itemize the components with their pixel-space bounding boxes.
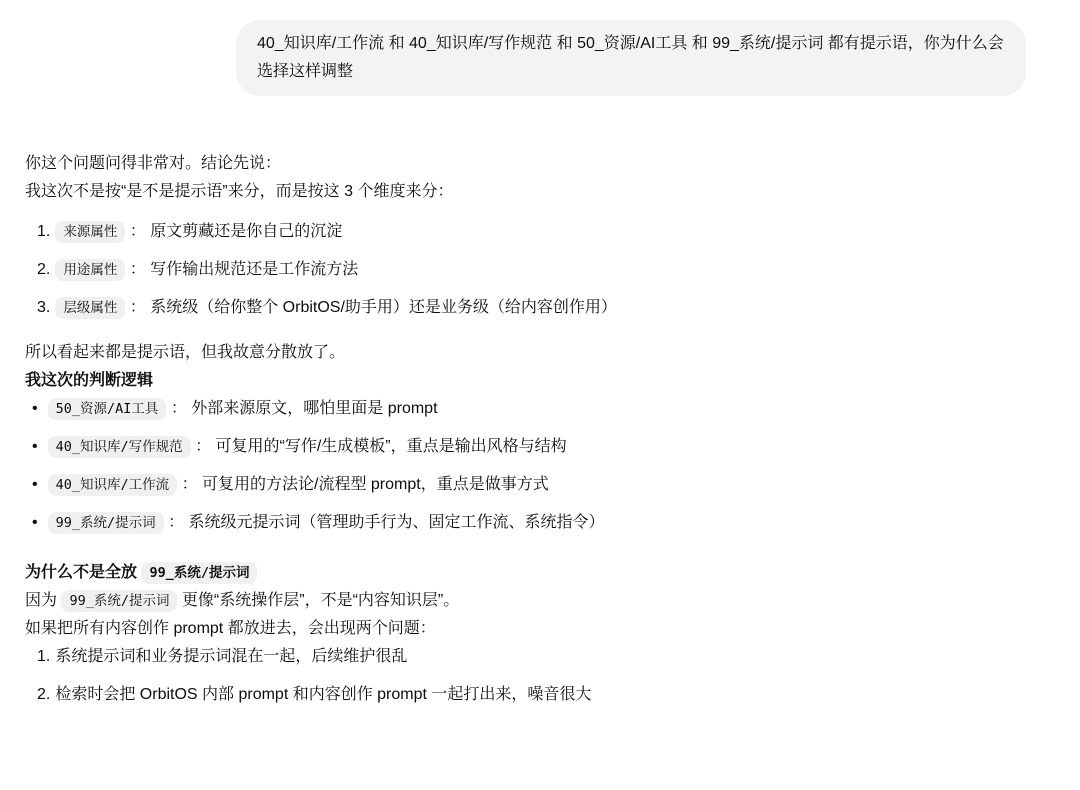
list-item-text: ： 可复用的方法论/流程型 prompt，重点是做事方式: [177, 476, 549, 493]
problem-list: 1.系统提示词和业务提示词混在一起，后续维护很乱 2.检索时会把 OrbitOS…: [25, 643, 1026, 709]
user-message-row: 40_知识库/工作流 和 40_知识库/写作规范 和 50_资源/AI工具 和 …: [25, 20, 1026, 96]
chat-page: 40_知识库/工作流 和 40_知识库/写作规范 和 50_资源/AI工具 和 …: [0, 0, 1080, 790]
list-marker: 2.: [37, 686, 50, 703]
heading-why-not-all: 为什么不是全放 99_系统/提示词: [25, 559, 1026, 587]
inline-code-badge: 99_系统/提示词: [141, 562, 257, 584]
because-before: 因为: [25, 592, 61, 609]
inline-code-badge: 99_系统/提示词: [61, 590, 177, 612]
inline-code-badge: 99_系统/提示词: [48, 512, 164, 534]
heading-judgment-logic: 我这次的判断逻辑: [25, 367, 1026, 395]
list-item-text: ： 系统级元提示词（管理助手行为、固定工作流、系统指令）: [164, 514, 605, 531]
bullet-icon: •: [32, 433, 38, 461]
list-item: 3.层级属性 ： 系统级（给你整个 OrbitOS/助手用）还是业务级（给内容创…: [37, 294, 1026, 322]
list-item: •50_资源/AI工具 ： 外部来源原文，哪怕里面是 prompt: [32, 395, 1026, 423]
inline-code-badge: 40_知识库/写作规范: [48, 436, 191, 458]
logic-list: •50_资源/AI工具 ： 外部来源原文，哪怕里面是 prompt •40_知识…: [25, 395, 1026, 537]
list-item-text: 检索时会把 OrbitOS 内部 prompt 和内容创作 prompt 一起打…: [55, 686, 591, 703]
list-item: 1.来源属性 ： 原文剪藏还是你自己的沉淀: [37, 218, 1026, 246]
inline-code-badge: 来源属性: [55, 221, 125, 243]
user-message-bubble: 40_知识库/工作流 和 40_知识库/写作规范 和 50_资源/AI工具 和 …: [236, 20, 1026, 96]
bullet-icon: •: [32, 509, 38, 537]
assistant-paragraph-because: 因为 99_系统/提示词 更像“系统操作层”，不是“内容知识层”。: [25, 587, 1026, 615]
list-marker: 1.: [37, 648, 50, 665]
dimension-list: 1.来源属性 ： 原文剪藏还是你自己的沉淀 2.用途属性 ： 写作输出规范还是工…: [25, 218, 1026, 322]
conversation-thread: 40_知识库/工作流 和 40_知识库/写作规范 和 50_资源/AI工具 和 …: [0, 0, 1080, 709]
assistant-paragraph-summary: 所以看起来都是提示语，但我故意分散放了。: [25, 339, 1026, 367]
list-item-text: ： 可复用的“写作/生成模板”，重点是输出风格与结构: [191, 438, 567, 455]
because-after: 更像“系统操作层”，不是“内容知识层”。: [177, 592, 459, 609]
list-marker: 3.: [37, 299, 50, 316]
list-item-text: ： 写作输出规范还是工作流方法: [125, 261, 358, 278]
list-item: •99_系统/提示词 ： 系统级元提示词（管理助手行为、固定工作流、系统指令）: [32, 509, 1026, 537]
list-item: 2.用途属性 ： 写作输出规范还是工作流方法: [37, 256, 1026, 284]
list-item: •40_知识库/工作流 ： 可复用的方法论/流程型 prompt，重点是做事方式: [32, 471, 1026, 499]
bullet-icon: •: [32, 471, 38, 499]
heading-text: 为什么不是全放: [25, 564, 141, 581]
list-item-text: ： 外部来源原文，哪怕里面是 prompt: [166, 400, 437, 417]
inline-code-badge: 层级属性: [55, 297, 125, 319]
bullet-icon: •: [32, 395, 38, 423]
list-item: •40_知识库/写作规范 ： 可复用的“写作/生成模板”，重点是输出风格与结构: [32, 433, 1026, 461]
list-item: 1.系统提示词和业务提示词混在一起，后续维护很乱: [37, 643, 1026, 671]
list-marker: 1.: [37, 223, 50, 240]
assistant-message: 你这个问题问得非常对。结论先说： 我这次不是按“是不是提示语”来分，而是按这 3…: [25, 150, 1026, 709]
assistant-paragraph-problems-intro: 如果把所有内容创作 prompt 都放进去，会出现两个问题：: [25, 615, 1026, 643]
list-item-text: 系统提示词和业务提示词混在一起，后续维护很乱: [55, 648, 407, 665]
list-marker: 2.: [37, 261, 50, 278]
list-item-text: ： 原文剪藏还是你自己的沉淀: [125, 223, 342, 240]
list-item-text: ： 系统级（给你整个 OrbitOS/助手用）还是业务级（给内容创作用）: [125, 299, 617, 316]
inline-code-badge: 50_资源/AI工具: [48, 398, 167, 420]
assistant-paragraph-intro-2: 我这次不是按“是不是提示语”来分，而是按这 3 个维度来分：: [25, 178, 1026, 206]
assistant-paragraph-intro-1: 你这个问题问得非常对。结论先说：: [25, 150, 1026, 178]
inline-code-badge: 40_知识库/工作流: [48, 474, 178, 496]
list-item: 2.检索时会把 OrbitOS 内部 prompt 和内容创作 prompt 一…: [37, 681, 1026, 709]
inline-code-badge: 用途属性: [55, 259, 125, 281]
